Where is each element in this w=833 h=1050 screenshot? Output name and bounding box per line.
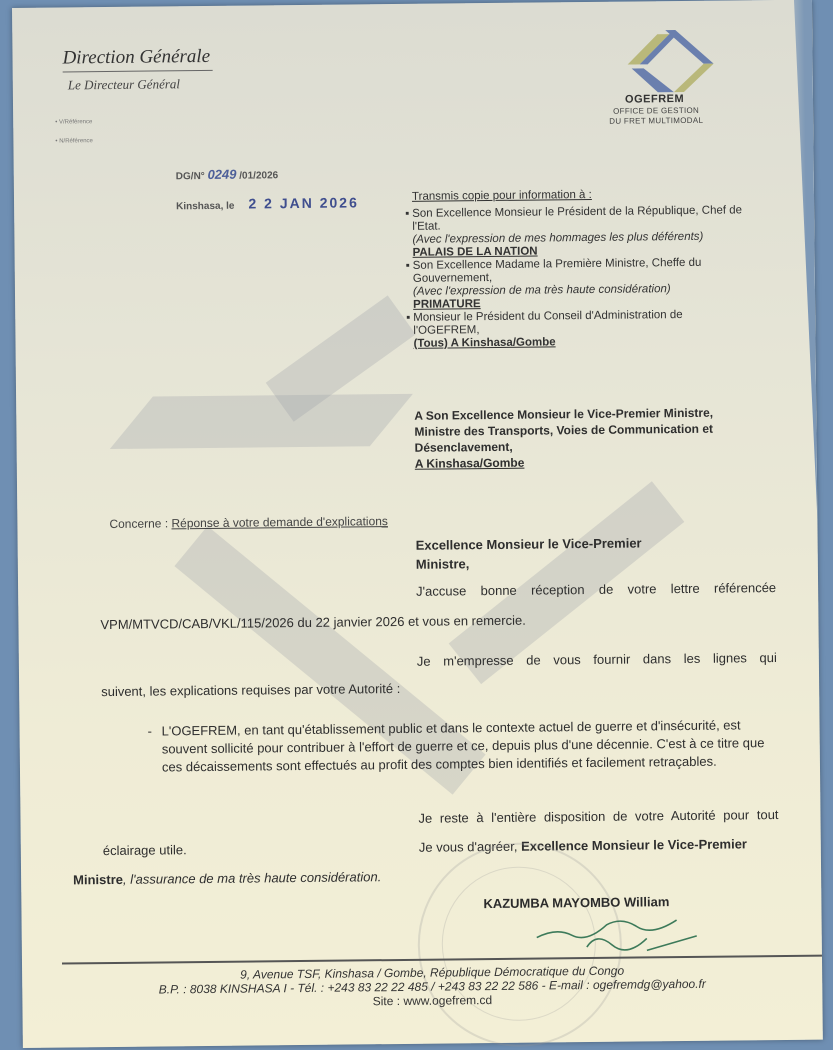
- logo-subtitle-1: OFFICE DE GESTION: [613, 106, 699, 116]
- closing-start: Je vous d'agréer, Excellence Monsieur le…: [419, 836, 789, 855]
- paragraph-2-start: Je m'empresse de vous fournir dans les l…: [417, 650, 777, 669]
- handwritten-number: 0249: [207, 167, 236, 182]
- logo-name: OGEFREM: [625, 93, 684, 106]
- watermark-chevron-upper: [110, 394, 413, 449]
- signature-icon: [526, 906, 707, 958]
- place-date: Kinshasa, le2 2 JAN 2026: [176, 194, 359, 212]
- copy-recipient: ▪ Son Excellence Madame la Première Mini…: [413, 256, 744, 311]
- paragraph-3-end: éclairage utile.: [103, 842, 187, 858]
- letter-page: Direction Générale Le Directeur Général …: [12, 0, 823, 1048]
- paragraph-3-start: Je reste à l'entière disposition de votr…: [418, 807, 778, 826]
- closing-end: Ministre, l'assurance de ma très haute c…: [73, 869, 381, 887]
- department-heading: Direction Générale: [62, 46, 210, 70]
- copy-recipient: ▪ Son Excellence Monsieur le Président d…: [412, 204, 743, 259]
- copies-title: Transmis copie pour information à :: [412, 187, 742, 203]
- explanation-bullet: -L'OGEFREM, en tant qu'établissement pub…: [161, 716, 782, 776]
- ogefrem-logo-icon: [617, 26, 728, 97]
- paragraph-1-start: J'accuse bonne réception de votre lettre…: [416, 580, 776, 599]
- footer: 9, Avenue TSF, Kinshasa / Gombe, Républi…: [42, 962, 822, 1012]
- your-reference-label: • V/Référence: [55, 119, 92, 125]
- paragraph-2-end: suivent, les explications requises par v…: [101, 681, 400, 699]
- heading-divider: [63, 70, 213, 73]
- our-reference-label: • N/Référence: [55, 138, 93, 144]
- paragraph-1-end: VPM/MTVCD/CAB/VKL/115/2026 du 22 janvier…: [100, 613, 526, 632]
- copies-list: Transmis copie pour information à : ▪ So…: [412, 187, 744, 350]
- letter-reference: DG/N° 0249 /01/2026: [176, 166, 279, 182]
- page-curl: [772, 0, 817, 520]
- director-title: Le Directeur Général: [68, 76, 180, 93]
- copy-recipient: ▪ Monsieur le Président du Conseil d'Adm…: [413, 308, 743, 350]
- subject-line: Concerne : Réponse à votre demande d'exp…: [109, 514, 388, 531]
- logo-subtitle-2: DU FRET MULTIMODAL: [609, 116, 703, 126]
- addressee-block: A Son Excellence Monsieur le Vice-Premie…: [414, 404, 755, 472]
- date-stamp: 2 2 JAN 2026: [248, 194, 359, 211]
- salutation: Excellence Monsieur le Vice-Premier Mini…: [416, 533, 642, 573]
